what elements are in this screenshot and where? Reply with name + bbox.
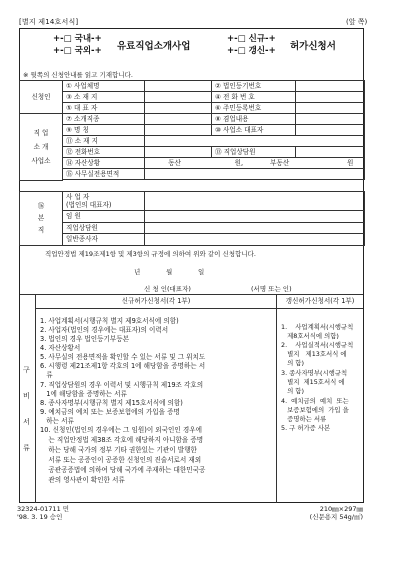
field-assets[interactable]: 동산 원, 부동산 원 [145, 158, 365, 169]
new-doc-item: 10. 신청인(법인의 경우에는 그 임원)이 외국인인 경우에 [40, 426, 202, 435]
field-label-corp-reg-no: ② 법인등기번호 [212, 81, 296, 92]
field-phone[interactable] [296, 92, 365, 103]
staff-label-officers: 임 원 [63, 211, 145, 223]
new-doc-item: 서류 또는 공증인이 공증한 신청인의 진술서로서 재외 [40, 456, 201, 465]
field-representative[interactable] [145, 103, 212, 114]
new-permit-header: 신규허가신청서(각 1부) [36, 295, 277, 309]
field-office-area[interactable] [145, 169, 365, 180]
declaration-text: 직업안정법 제19조제1항 및 제3항의 규정에 의하여 위와 같이 신청합니다… [45, 249, 256, 258]
option-domestic[interactable]: +-□ 국내-+ [53, 32, 102, 44]
staff-owner-value[interactable] [145, 192, 365, 211]
applicant-category: 신청인 [20, 81, 63, 114]
staff-counselors-value[interactable] [145, 222, 365, 234]
field-label-office-area: ⑮ 사무실전용면적 [63, 169, 145, 180]
title-main: 유료직업소개사업 [117, 38, 190, 52]
field-label-job-types: ⑦ 소개직종 [63, 114, 145, 125]
new-doc-item: 류 [40, 371, 53, 380]
field-label-office-phone: ⑫ 전화번호 [63, 147, 145, 158]
new-doc-item: 공관공증법에 의하여 당해 국가에 주재하는 대한민국공 [40, 466, 205, 475]
new-doc-item: 7. 직업상담원의 경우 이력서 및 시행규칙 제19조 각호의 [40, 381, 203, 390]
renew-doc-item: 2. 사업실적서(시행규칙 [281, 341, 353, 350]
office-category-line: 사업소 [23, 154, 59, 168]
field-office-phone[interactable] [145, 147, 212, 158]
assets-movable-label: 동산 [145, 158, 181, 168]
signer-label: 신 청 인(대표자) [144, 284, 191, 293]
option-new[interactable]: +-□ 신규-+ [227, 32, 276, 44]
renew-doc-item: 제8호서식에 의함) [281, 332, 339, 341]
field-label-business-name: ① 사업체명 [63, 81, 145, 92]
new-doc-item: 8. 종사자명부(시행규칙 별지 제15호서식에 의함) [40, 399, 183, 408]
renew-doc-item: 1. 사업계획서(시행규칙 [281, 323, 353, 332]
field-label-side-business: ⑧ 겸업내용 [212, 114, 296, 125]
required-docs-char: 류 [23, 443, 30, 453]
required-docs-char: 구 [23, 365, 30, 375]
field-office-name[interactable] [145, 125, 212, 136]
staff-category-number: ⑯ [23, 200, 59, 212]
field-label-office-address: ⑪ 소 재 지 [63, 136, 145, 147]
new-doc-item: 는 직업안정법 제38조 각호에 해당하지 아니함을 증명 [40, 436, 203, 445]
form-number: [별지 제14호서식] [19, 17, 78, 27]
approval-date: '98. 3. 19 승인 [17, 513, 62, 521]
assets-unit-2: 원 [291, 158, 353, 168]
staff-officers-value[interactable] [145, 211, 365, 223]
field-office-address[interactable] [145, 136, 365, 147]
required-docs-char: 비 [23, 391, 30, 401]
staff-label-owner: 사 업 자 (법인의 대표자) [63, 192, 145, 211]
staff-label-counselors: 직업상담원 [63, 222, 145, 234]
field-corp-reg-no[interactable] [296, 81, 365, 92]
form-code: 32324-01711 민 [17, 505, 69, 513]
staff-category: ⑯ 본 직 [20, 192, 63, 246]
new-doc-item: 1에 해당함을 증명하는 서류 [40, 390, 127, 399]
field-side-business[interactable] [296, 114, 365, 125]
declaration-section: 직업안정법 제19조제1항 및 제3항의 규정에 의하여 위와 같이 신청합니다… [20, 248, 363, 294]
renewal-permit-header: 갱신허가신청서(각 1부) [277, 295, 363, 309]
paper-size: 210㎜×297㎜ [305, 505, 363, 513]
option-overseas[interactable]: +-□ 국외-+ [53, 44, 102, 56]
staff-category-line: 직 [23, 224, 59, 236]
required-docs-category: 구 비 서 류 [20, 295, 36, 503]
new-doc-item: 하는 당해 국가의 정부 기타 권한있는 기관이 발행한 [40, 446, 197, 455]
renew-doc-item: 4. 예치금의 예치 또는 [281, 397, 349, 406]
date-month-label: 월 [166, 267, 172, 276]
applicant-table: 신청인 ① 사업체명 ② 법인등기번호 ③ 소 재 지 ④ 전 화 번 호 ⑤ … [19, 80, 365, 181]
required-docs-char: 서 [23, 417, 30, 427]
field-label-representative: ⑤ 대 표 자 [63, 103, 145, 114]
renew-doc-item: 별지 제15호서식 에 [281, 378, 345, 387]
renew-doc-item: 별지 제13호서식 에 [281, 350, 347, 359]
field-label-office-rep: ⑩ 사업소 대표자 [212, 125, 296, 136]
required-documents: 구 비 서 류 신규허가신청서(각 1부) 갱신허가신청서(각 1부) 1. 사… [20, 294, 363, 503]
sign-note[interactable]: (서명 또는 인) [251, 284, 292, 293]
field-counselors[interactable] [296, 147, 365, 158]
field-label-counselors: ⑬ 직업상담원 [212, 147, 296, 158]
renew-doc-item: 보증보험에의 가입 을 [281, 406, 349, 415]
new-doc-item: 5. 사무실의 전용면적을 확인할 수 있는 서류 및 그 위치도 [40, 353, 205, 362]
field-label-office-name: ⑨ 명 칭 [63, 125, 145, 136]
field-business-name[interactable] [145, 81, 212, 92]
date-year-label: 년 [134, 267, 140, 276]
title-suffix: 허가신청서 [290, 38, 336, 52]
instruction-note: ※ 뒷쪽의 신청안내를 읽고 기재합니다. [23, 70, 133, 79]
application-form: +-□ 국내-+ +-□ 국외-+ 유료직업소개사업 +-□ 신규-+ +-□ … [19, 28, 364, 503]
renew-doc-item: 3. 종사자명부(시행규칙 [281, 369, 347, 378]
staff-category-line: 본 [23, 212, 59, 224]
renew-doc-item: 증명하는 서류 [281, 415, 326, 424]
field-office-rep[interactable] [296, 125, 365, 136]
new-doc-item: 관의 영사관이 확인한 서류 [40, 476, 125, 485]
office-category: 직 업 소 개 사업소 [20, 114, 63, 181]
staff-table: ⑯ 본 직 사 업 자 (법인의 대표자) 임 원 직업상담원 일반종사자 [19, 191, 365, 246]
new-doc-item: 3. 법인의 경우 법인등기부등본 [40, 335, 129, 344]
paper-type: (신문용지 54g/㎡) [290, 513, 363, 521]
new-doc-item: 1. 사업계획서(시행규칙 별지 제9호서식에 의함) [40, 317, 179, 326]
new-doc-item: 9. 예치금의 예치 또는 보증보험에의 가입을 증명 [40, 408, 180, 417]
field-resident-no[interactable] [296, 103, 365, 114]
renew-doc-item: 5. 구 허가증 사본 [281, 424, 330, 433]
office-category-line: 직 업 [23, 126, 59, 140]
field-label-phone: ④ 전 화 번 호 [212, 92, 296, 103]
assets-immovable-label: 부동산 [245, 158, 289, 168]
new-doc-item: 하는 서류 [40, 417, 74, 426]
office-category-line: 소 개 [23, 140, 59, 154]
new-doc-item: 6. 시행령 제21조제1항 각호의 1에 해당함을 증명하는 서 [40, 362, 205, 371]
field-label-address: ③ 소 재 지 [63, 92, 145, 103]
form-title: +-□ 국내-+ +-□ 국외-+ 유료직업소개사업 +-□ 신규-+ +-□ … [20, 29, 363, 67]
option-renewal[interactable]: +-□ 갱신-+ [227, 44, 276, 56]
date-day-label: 일 [198, 267, 204, 276]
staff-general-value[interactable] [145, 234, 365, 246]
staff-label-general: 일반종사자 [63, 234, 145, 246]
field-label-assets: ⑭ 자산상황 [63, 158, 145, 169]
new-doc-item: 4. 자산상황서 [40, 344, 80, 353]
staff-label-owner-line2: (법인의 대표자) [66, 201, 141, 209]
renew-doc-item: 의 함) [281, 387, 304, 396]
assets-unit-1: 원, [183, 158, 243, 168]
renewal-permit-doc-list: 1. 사업계획서(시행규칙 제8호서식에 의함) 2. 사업실적서(시행규칙 별… [277, 309, 363, 503]
field-label-resident-no: ⑥ 주민등록번호 [212, 103, 296, 114]
new-permit-doc-list: 1. 사업계획서(시행규칙 별지 제9호서식에 의함) 2. 사업자(법인의 경… [36, 309, 277, 503]
staff-label-owner-line1: 사 업 자 [66, 193, 141, 201]
renew-doc-item: 의 함) [281, 359, 304, 368]
field-job-types[interactable] [145, 114, 212, 125]
new-doc-item: 2. 사업자(법인의 경우에는 대표자)의 이력서 [40, 326, 168, 335]
page-side-label: (앞 쪽) [346, 17, 367, 27]
field-address[interactable] [145, 92, 212, 103]
